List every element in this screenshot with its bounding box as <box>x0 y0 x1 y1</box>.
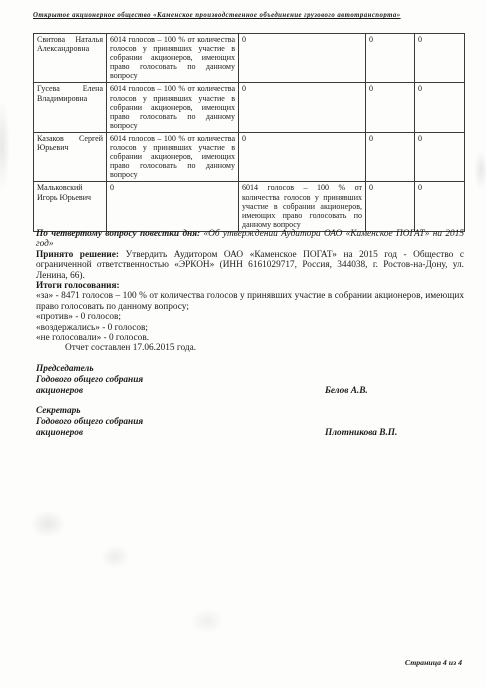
question4-section: По четвертому вопросу повестки дня: «Об … <box>36 229 464 343</box>
votes-against-cell: 6014 голосов – 100 % от количества голос… <box>239 182 366 231</box>
votes-abstained-cell: 0 <box>366 83 415 132</box>
document-page: Открытое акционерное общество «Каменское… <box>0 0 486 687</box>
votes-notvoted-cell: 0 <box>415 132 465 181</box>
shareholder-name-cell: Мальковский Игорь Юрьевич <box>34 182 107 231</box>
scan-artifact <box>30 510 66 538</box>
signature-role: Секретарь Годового общего собрания акцио… <box>36 406 464 438</box>
shareholder-name-cell: Гусева Елена Владимировна <box>34 83 107 132</box>
votes-against-cell: 0 <box>239 83 366 132</box>
voting-results-heading: Итоги голосования: <box>36 281 464 291</box>
votes-notvoted-cell: 0 <box>415 182 465 231</box>
page-title: Открытое акционерное общество «Каменское… <box>33 12 453 19</box>
signature-name: Плотникова В.П. <box>325 428 397 439</box>
votes-notvoted-cell: 0 <box>415 83 465 132</box>
votes-notvoted-cell: 0 <box>415 34 465 83</box>
votes-for-cell: 6014 голосов – 100 % от количества голос… <box>107 34 239 83</box>
decision-label: Принято решение: <box>36 250 119 260</box>
signature-block-secretary: Секретарь Годового общего собрания акцио… <box>36 406 464 438</box>
table-row: Свитова Наталья Александровна 6014 голос… <box>34 34 465 83</box>
table-row: Гусева Елена Владимировна 6014 голосов –… <box>34 83 465 132</box>
result-line-za: «за» - 8471 голосов – 100 % от количеств… <box>36 291 464 312</box>
table-row: Казаков Сергей Юрьевич 6014 голосов – 10… <box>34 132 465 181</box>
votes-against-cell: 0 <box>239 34 366 83</box>
voting-table: Свитова Наталья Александровна 6014 голос… <box>33 33 465 232</box>
votes-for-cell: 6014 голосов – 100 % от количества голос… <box>107 83 239 132</box>
shareholder-name-cell: Свитова Наталья Александровна <box>34 34 107 83</box>
votes-against-cell: 0 <box>239 132 366 181</box>
votes-abstained-cell: 0 <box>366 182 415 231</box>
result-line-protiv: «против» - 0 голосов; <box>36 312 464 322</box>
votes-abstained-cell: 0 <box>366 34 415 83</box>
shareholder-name-cell: Казаков Сергей Юрьевич <box>34 132 107 181</box>
votes-for-cell: 6014 голосов – 100 % от количества голос… <box>107 132 239 181</box>
result-line-vozderzhalis: «воздержались» - 0 голосов; <box>36 323 464 333</box>
page-number: Страница 4 из 4 <box>405 658 462 667</box>
scan-artifact <box>190 608 224 634</box>
votes-abstained-cell: 0 <box>366 132 415 181</box>
report-date: Отчет составлен 17.06.2015 года. <box>65 343 196 353</box>
signature-name: Белов А.В. <box>325 386 368 397</box>
scan-artifact <box>100 545 130 569</box>
table-row: Мальковский Игорь Юрьевич 0 6014 голосов… <box>34 182 465 231</box>
signature-block-chairman: Председатель Годового общего собрания ак… <box>36 364 464 396</box>
votes-for-cell: 0 <box>107 182 239 231</box>
signature-role: Председатель Годового общего собрания ак… <box>36 364 464 396</box>
result-line-ne-golosovali: «не голосовали» - 0 голосов. <box>36 333 464 343</box>
question-heading: По четвертому вопросу повестки дня: <box>36 229 200 239</box>
scan-artifact <box>474 150 486 190</box>
decision-paragraph: Принято решение: Утвердить Аудитором ОАО… <box>36 250 464 281</box>
question-heading-line: По четвертому вопросу повестки дня: «Об … <box>36 229 464 250</box>
scan-artifact <box>0 100 10 190</box>
